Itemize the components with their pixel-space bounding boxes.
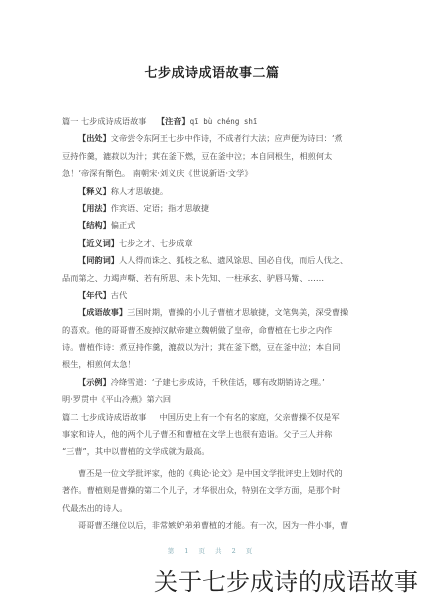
era-text: 古代: [111, 290, 127, 300]
source-text: 文帝尝令东阿王七步中作诗，不成者行大法；应声便为诗曰：‘煮: [111, 133, 343, 143]
meaning-line: 【释义】称人才思敏捷。: [62, 183, 358, 200]
part2-paragraph-3: 哥哥曹丕继位以后，非常嫉妒弟弟曹植的才能。有一次，因为一件小事，曹: [62, 517, 358, 534]
story-line-2: 的喜欢。他的哥哥曹丕废掉汉献帝建立魏朝做了皇帝，命曹植在七步之内作: [62, 322, 358, 339]
structure-text: 偏正式: [111, 220, 136, 230]
related-label: 【同韵词】: [78, 255, 119, 265]
synonym-label: 【近义词】: [78, 238, 119, 248]
related-line-1: 【同韵词】人人得而诛之、狐枝之私、遗风馀思、国必自伐，而后人伐之、: [62, 252, 358, 269]
related-text: 人人得而诛之、狐枝之私、遗风馀思、国必自伐，而后人伐之、: [119, 255, 348, 265]
synonym-text: 七步之才、七步成章: [119, 238, 193, 248]
example-text: 冷绛雪道：‘子建七步成诗，千秋佳话，哪有改期销诗之理。’: [111, 377, 325, 387]
document-page: 七步成诗成语故事二篇 篇一 七步成诗成语故事 【注音】qī bù chéng s…: [0, 0, 424, 600]
page-number-footer: 第 1 页 共 2 页: [0, 546, 424, 555]
part2-header: 篇二 七步成诗成语故事: [62, 412, 146, 422]
story-line-3: 诗。曹植作诗：煮豆持作羹，漉菽以为汁；萁在釜下燃，豆在釜中泣；本自同: [62, 339, 358, 356]
usage-label: 【用法】: [78, 203, 111, 213]
meaning-text: 称人才思敏捷。: [111, 186, 168, 196]
part1-header: 篇一 七步成诗成语故事: [62, 116, 146, 126]
pinyin-label: 【注音】: [157, 116, 190, 126]
image-caption: 关于七步成诗的成语故事: [154, 562, 418, 597]
example-line-2: 明·罗贯中《平山冷燕》第六回: [62, 391, 358, 408]
story-line-4: 根生，相煎何太急！: [62, 356, 358, 373]
part2-line-2: 事家和诗人，他的两个儿子曹丕和曹植在文学上也很有造诣。父子三人并称: [62, 426, 358, 443]
para2-line-2: 著作。曹植则是曹操的第二个儿子，才华很出众，特别在文学方面，是那个时: [62, 482, 358, 499]
example-line-1: 【示例】冷绛雪道：‘子建七步成诗，千秋佳话，哪有改期销诗之理。’: [62, 374, 358, 391]
story-line-1: 【成语故事】三国时期，曹操的小儿子曹植才思敏捷，文笔隽美，深受曹操: [62, 304, 358, 321]
pinyin-text: qī bù chéng shī: [190, 117, 258, 126]
era-line: 【年代】古代: [62, 287, 358, 304]
source-line-3: 急！’帝深有惭色。 南朝宋·刘义庆《世说新语·文学》: [62, 165, 358, 182]
para3-line-1: 哥哥曹丕继位以后，非常嫉妒弟弟曹植的才能。有一次，因为一件小事，曹: [62, 517, 358, 534]
part2-paragraph-2: 曹丕是一位文学批评家，他的《典论·论文》是中国文学批评史上划时代的 著作。曹植则…: [62, 465, 358, 517]
source-line-2: 豆持作羹，漉菽以为汁；萁在釜下燃，豆在釜中泣；本自同根生，相煎何太: [62, 148, 358, 165]
related-line-2: 品而第之、力竭声嘶、若有所思、未卜先知、一柱承玄、驴唇马觜、……: [62, 270, 358, 287]
part2-line-1: 篇二 七步成诗成语故事 中国历史上有一个有名的家庭，父亲曹操不仅是军: [62, 409, 358, 426]
source-line-1: 【出处】文帝尝令东阿王七步中作诗，不成者行大法；应声便为诗曰：‘煮: [62, 130, 358, 147]
example-label: 【示例】: [78, 377, 111, 387]
structure-label: 【结构】: [78, 220, 111, 230]
para2-line-1: 曹丕是一位文学批评家，他的《典论·论文》是中国文学批评史上划时代的: [62, 465, 358, 482]
structure-line: 【结构】偏正式: [62, 217, 358, 234]
part2-line-3: “三曹”，其中以曹植的文学成就为最高。: [62, 443, 358, 460]
document-title: 七步成诗成语故事二篇: [0, 62, 424, 81]
part1-header-line: 篇一 七步成诗成语故事 【注音】qī bù chéng shī: [62, 113, 358, 130]
era-label: 【年代】: [78, 290, 111, 300]
source-label: 【出处】: [78, 133, 111, 143]
story-text: 三国时期，曹操的小儿子曹植才思敏捷，文笔隽美，深受曹操: [127, 307, 348, 317]
meaning-label: 【释义】: [78, 186, 111, 196]
document-body: 篇一 七步成诗成语故事 【注音】qī bù chéng shī 【出处】文帝尝令…: [62, 113, 358, 461]
story-label: 【成语故事】: [78, 307, 127, 317]
usage-text: 作宾语、定语；指才思敏捷: [111, 203, 209, 213]
usage-line: 【用法】作宾语、定语；指才思敏捷: [62, 200, 358, 217]
para2-line-3: 代最杰出的诗人。: [62, 500, 358, 517]
part2-text: 中国历史上有一个有名的家庭，父亲曹操不仅是军: [160, 412, 340, 422]
synonym-line: 【近义词】七步之才、七步成章: [62, 235, 358, 252]
